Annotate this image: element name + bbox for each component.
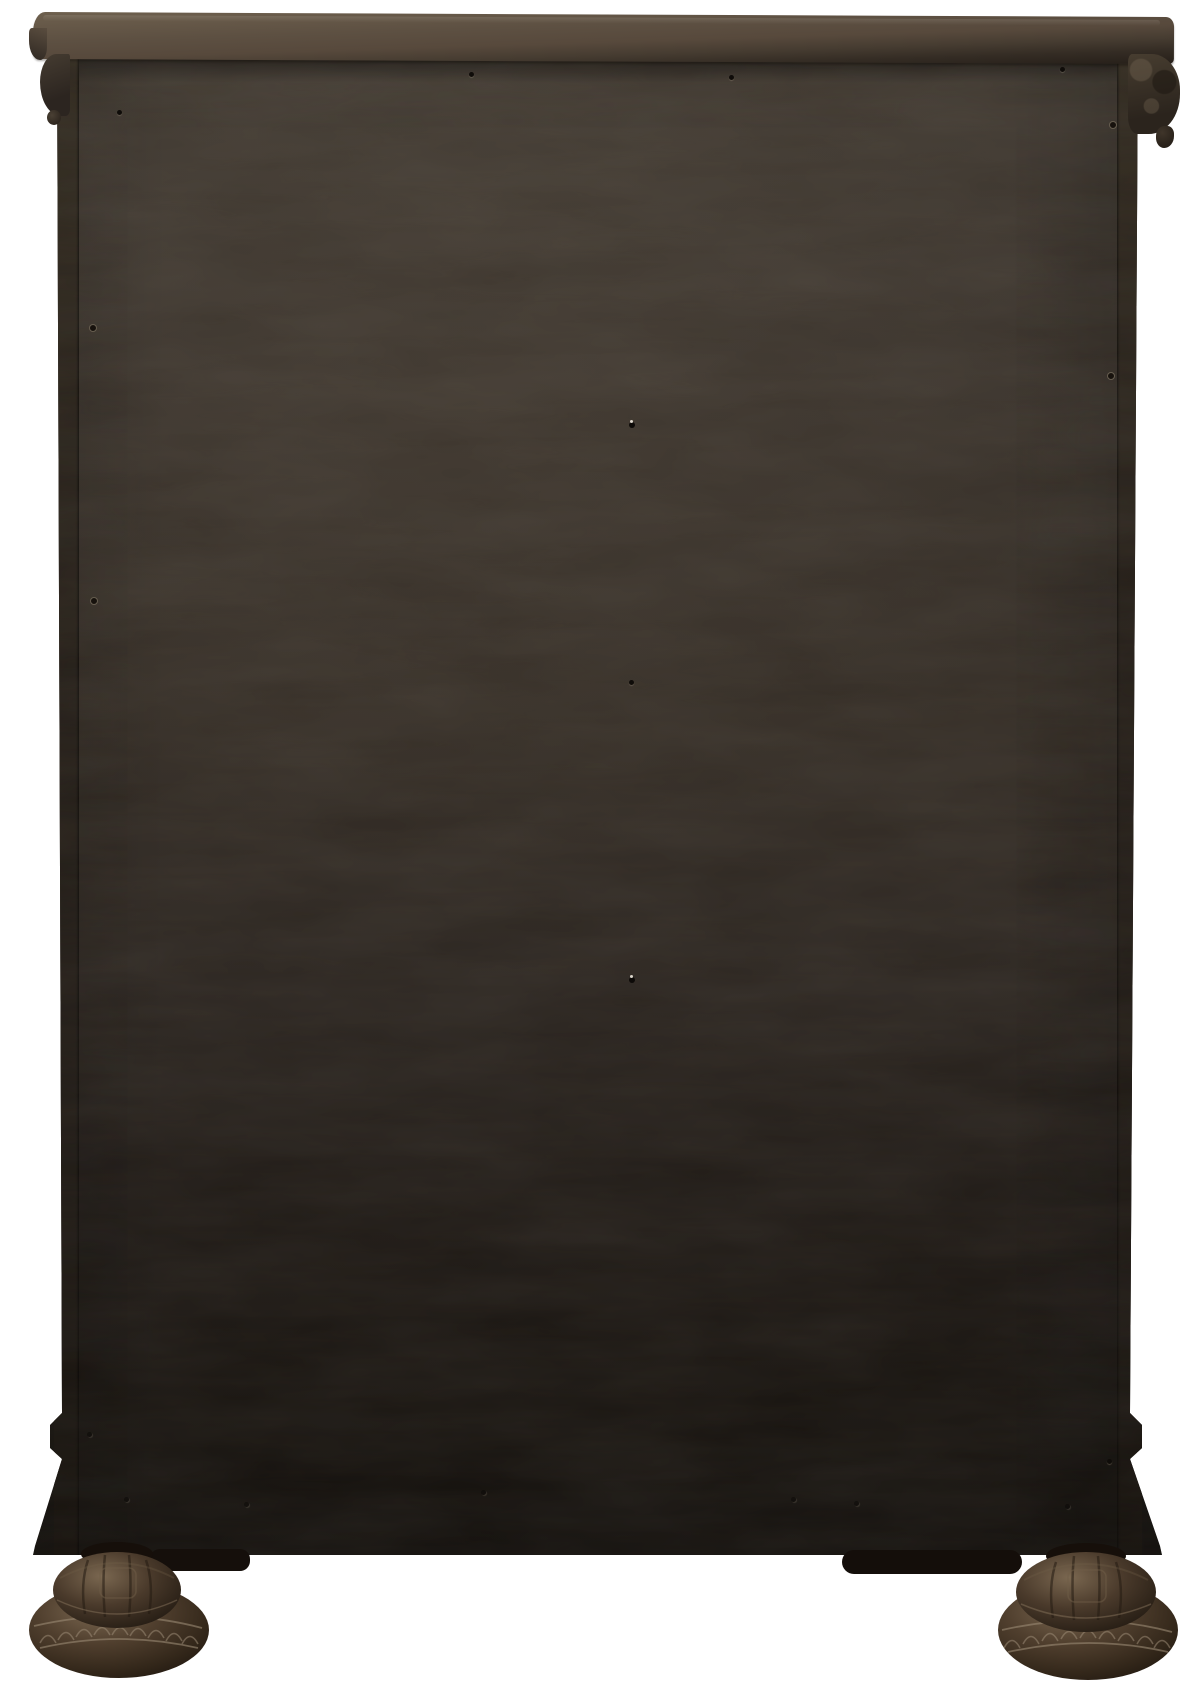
- cabinet-top-slab: [33, 12, 1174, 64]
- right-foot-collar-highlight: [1021, 1604, 1151, 1618]
- wood-grain-texture: [33, 55, 1167, 1555]
- left-foot-panel-motif: [100, 1568, 136, 1598]
- left-foot-lobes: [83, 1555, 151, 1617]
- cabinet-back-panel: [33, 55, 1167, 1555]
- left-foot-collar-highlight: [57, 1600, 177, 1614]
- left-bun-foot: [29, 1542, 209, 1678]
- right-foot-lobes: [1051, 1556, 1121, 1620]
- right-foot-panel-motif: [1068, 1570, 1106, 1602]
- right-foot-upper-bulb: [1016, 1552, 1156, 1632]
- right-bun-foot: [998, 1543, 1178, 1680]
- product-photo-canvas: [0, 0, 1200, 1701]
- right-foot-carving-band: [1002, 1620, 1172, 1652]
- right-corner-bracket: [1128, 54, 1180, 134]
- left-foot-carving-band: [34, 1616, 202, 1648]
- left-foot-upper-bulb: [53, 1552, 181, 1628]
- left-corner-bracket: [40, 54, 70, 116]
